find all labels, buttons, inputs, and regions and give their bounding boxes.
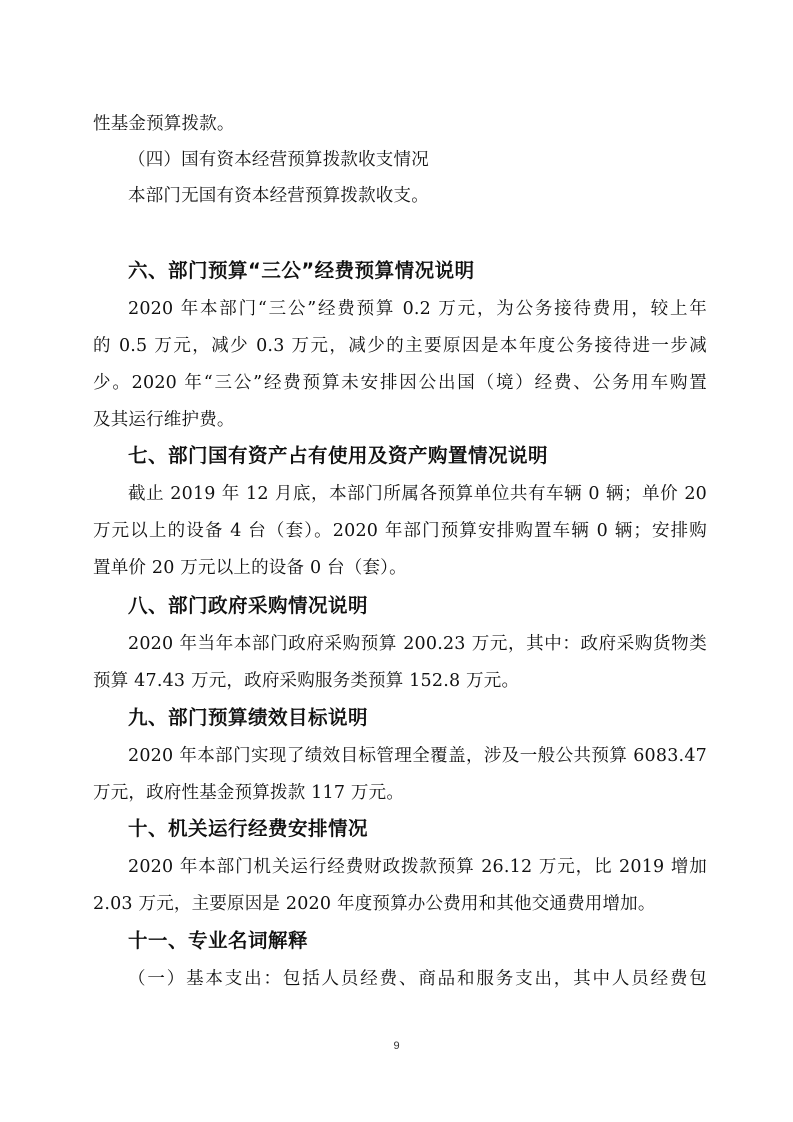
section-9-heading: 九、部门预算绩效目标说明	[128, 705, 368, 731]
section-6-line-2: 的 0.5 万元，减少 0.3 万元，减少的主要原因是本年度公务接待进一步减	[93, 334, 707, 358]
section-8-line-2: 预算 47.43 万元，政府采购服务类预算 152.8 万元。	[93, 669, 519, 693]
document-page: 性基金预算拨款。 （四）国有资本经营预算拨款收支情况 本部门无国有资本经营预算拨…	[0, 0, 793, 1122]
section-7-line-3: 置单价 20 万元以上的设备 0 台（套）。	[93, 556, 407, 580]
subsection-4-title: （四）国有资本经营预算拨款收支情况	[128, 148, 429, 172]
section-9-line-1: 2020 年本部门实现了绩效目标管理全覆盖，涉及一般公共预算 6083.47	[128, 744, 707, 768]
section-6-heading: 六、部门预算“三公”经费预算情况说明	[128, 258, 475, 284]
section-6-line-3: 少。2020 年“三公”经费预算未安排因公出国（境）经费、公务用车购置	[93, 371, 707, 395]
section-7-line-2: 万元以上的设备 4 台（套）。2020 年部门预算安排购置车辆 0 辆；安排购	[93, 519, 707, 543]
section-10-line-2: 2.03 万元，主要原因是 2020 年度预算办公费用和其他交通费用增加。	[93, 892, 656, 916]
subsection-4-body: 本部门无国有资本经营预算拨款收支。	[128, 184, 429, 208]
section-10-heading: 十、机关运行经费安排情况	[128, 816, 368, 842]
section-9-line-2: 万元，政府性基金预算拨款 117 万元。	[93, 781, 404, 805]
section-8-heading: 八、部门政府采购情况说明	[128, 593, 368, 619]
section-7-heading: 七、部门国有资产占有使用及资产购置情况说明	[128, 443, 548, 469]
section-11-heading: 十一、专业名词解释	[128, 928, 308, 954]
section-6-line-4: 及其运行维护费。	[93, 408, 235, 432]
section-10-line-1: 2020 年本部门机关运行经费财政拨款预算 26.12 万元，比 2019 增加	[128, 855, 707, 879]
section-7-line-1: 截止 2019 年 12 月底，本部门所属各预算单位共有车辆 0 辆；单价 20	[128, 482, 707, 506]
page-number: 9	[0, 1040, 793, 1052]
section-6-line-1: 2020 年本部门“三公”经费预算 0.2 万元，为公务接待费用，较上年	[128, 297, 707, 321]
section-11-line-1: （一）基本支出：包括人员经费、商品和服务支出，其中人员经费包	[128, 967, 707, 991]
section-8-line-1: 2020 年当年本部门政府采购预算 200.23 万元，其中：政府采购货物类	[128, 632, 707, 656]
continuation-text: 性基金预算拨款。	[93, 112, 235, 136]
